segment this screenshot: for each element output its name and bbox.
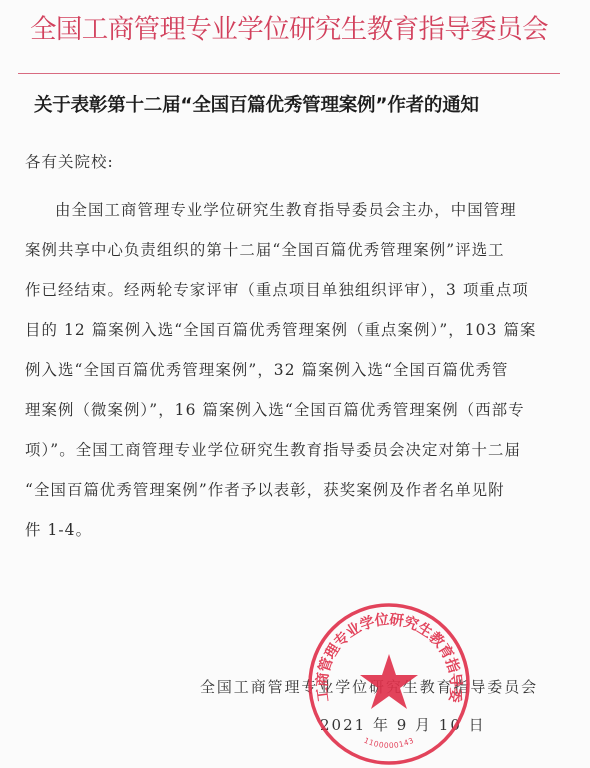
body-line: 件 1-4。: [25, 510, 567, 550]
signature-date: 2021 年 9 月 10 日: [320, 714, 486, 735]
org-header: 全国工商管理专业学位研究生教育指导委员会: [30, 10, 570, 50]
body-line: 目的 12 篇案例入选“全国百篇优秀管理案例（重点案例）”，103 篇案: [25, 310, 567, 350]
body-line: 由全国工商管理专业学位研究生教育指导委员会主办，中国管理: [25, 190, 567, 230]
body-line: 例入选“全国百篇优秀管理案例”，32 篇案例入选“全国百篇优秀管: [25, 350, 567, 390]
body-line: 案例共享中心负责组织的第十二届“全国百篇优秀管理案例”评选工: [25, 230, 567, 270]
body-line: 理案例（微案例）”，16 篇案例入选“全国百篇优秀管理案例（西部专: [25, 390, 567, 430]
body-line: 项）”。全国工商管理专业学位研究生教育指导委员会决定对第十二届: [25, 430, 567, 470]
stamp-serial: 1100000143: [363, 736, 416, 750]
body-line: 作已经结束。经两轮专家评审（重点项目单独组织评审），3 项重点项: [25, 270, 567, 310]
svg-text:1100000143: 1100000143: [363, 736, 416, 750]
body-line: “全国百篇优秀管理案例”作者予以表彰，获奖案例及作者名单见附: [25, 470, 567, 510]
document-page: 全国工商管理专业学位研究生教育指导委员会 关于表彰第十二届“全国百篇优秀管理案例…: [0, 0, 590, 768]
notice-title: 关于表彰第十二届“全国百篇优秀管理案例”作者的通知: [34, 92, 574, 120]
salutation: 各有关院校:: [25, 150, 114, 174]
body-paragraph: 由全国工商管理专业学位研究生教育指导委员会主办，中国管理 案例共享中心负责组织的…: [25, 190, 567, 550]
signature-organization: 全国工商管理专业学位研究生教育指导委员会: [200, 676, 538, 697]
header-divider: [18, 73, 560, 74]
